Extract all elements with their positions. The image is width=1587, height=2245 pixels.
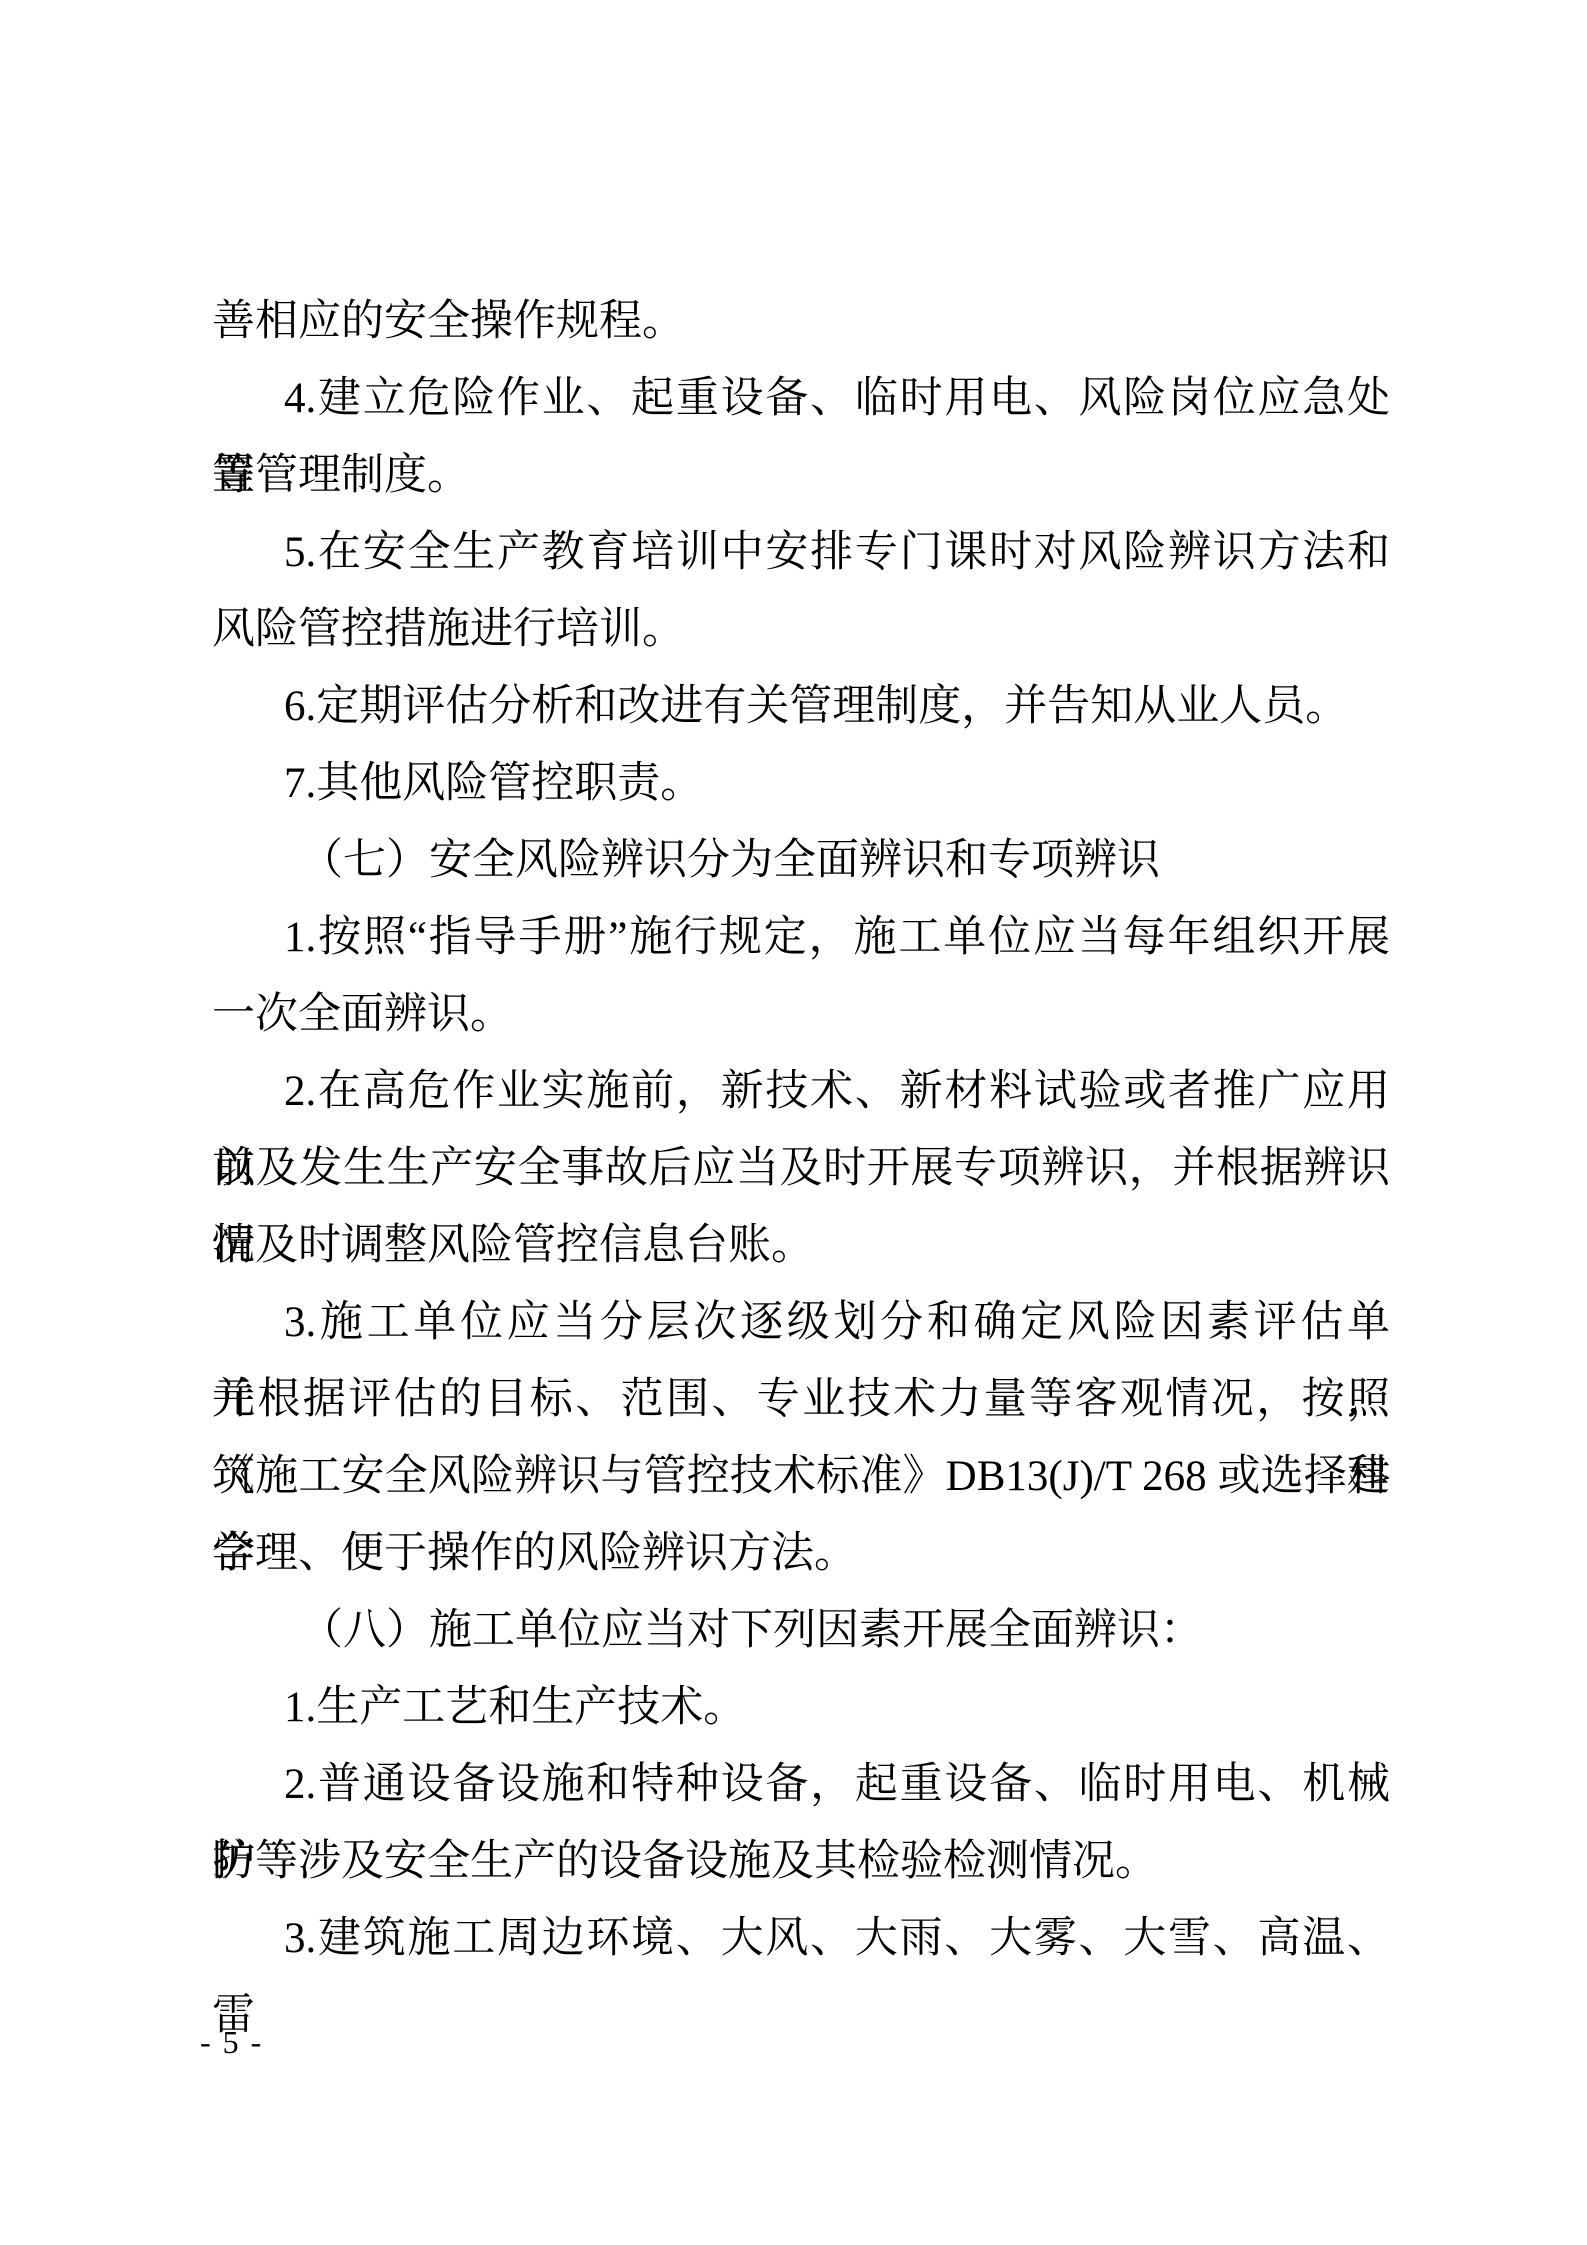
document-page: 善相应的安全操作规程。 4.建立危险作业、起重设备、临时用电、风险岗位应急处置 …	[0, 0, 1587, 2245]
document-body: 善相应的安全操作规程。 4.建立危险作业、起重设备、临时用电、风险岗位应急处置 …	[212, 283, 1390, 1977]
text-line: 3.建筑施工周边环境、大风、大雨、大雾、大雪、高温、雷	[212, 1900, 1390, 1977]
text-line: 3.施工单位应当分层次逐级划分和确定风险因素评估单元，	[212, 1284, 1390, 1361]
page-number: - 5 -	[200, 2022, 263, 2062]
text-line: 7.其他风险管控职责。	[212, 745, 1390, 822]
text-line: 等管理制度。	[212, 437, 1390, 514]
text-line: 合理、便于操作的风险辨识方法。	[212, 1515, 1390, 1592]
text-line: 4.建立危险作业、起重设备、临时用电、风险岗位应急处置	[212, 360, 1390, 437]
text-line: 风险管控措施进行培训。	[212, 591, 1390, 668]
text-line: （八）施工单位应当对下列因素开展全面辨识：	[212, 1592, 1390, 1669]
text-line: 6.定期评估分析和改进有关管理制度，并告知从业人员。	[212, 668, 1390, 745]
text-line: 一次全面辨识。	[212, 976, 1390, 1053]
text-line: 并根据评估的目标、范围、专业技术力量等客观情况，按照《建	[212, 1361, 1390, 1438]
text-line: 1.按照“指导手册”施行规定，施工单位应当每年组织开展	[212, 899, 1390, 976]
text-line: （七）安全风险辨识分为全面辨识和专项辨识	[212, 822, 1390, 899]
text-line: 2.在高危作业实施前，新技术、新材料试验或者推广应用前	[212, 1053, 1390, 1130]
text-line: 2.普通设备设施和特种设备，起重设备、临时用电、机械防	[212, 1746, 1390, 1823]
text-line: 1.生产工艺和生产技术。	[212, 1669, 1390, 1746]
text-line: 况及时调整风险管控信息台账。	[212, 1207, 1390, 1284]
text-line: 护等涉及安全生产的设备设施及其检验检测情况。	[212, 1823, 1390, 1900]
text-line: 善相应的安全操作规程。	[212, 283, 1390, 360]
text-line: 以及发生生产安全事故后应当及时开展专项辨识，并根据辨识情	[212, 1130, 1390, 1207]
text-line: 5.在安全生产教育培训中安排专门课时对风险辨识方法和	[212, 514, 1390, 591]
text-line: 筑施工安全风险辨识与管控技术标准》DB13(J)/T 268 或选择科学	[212, 1438, 1390, 1515]
